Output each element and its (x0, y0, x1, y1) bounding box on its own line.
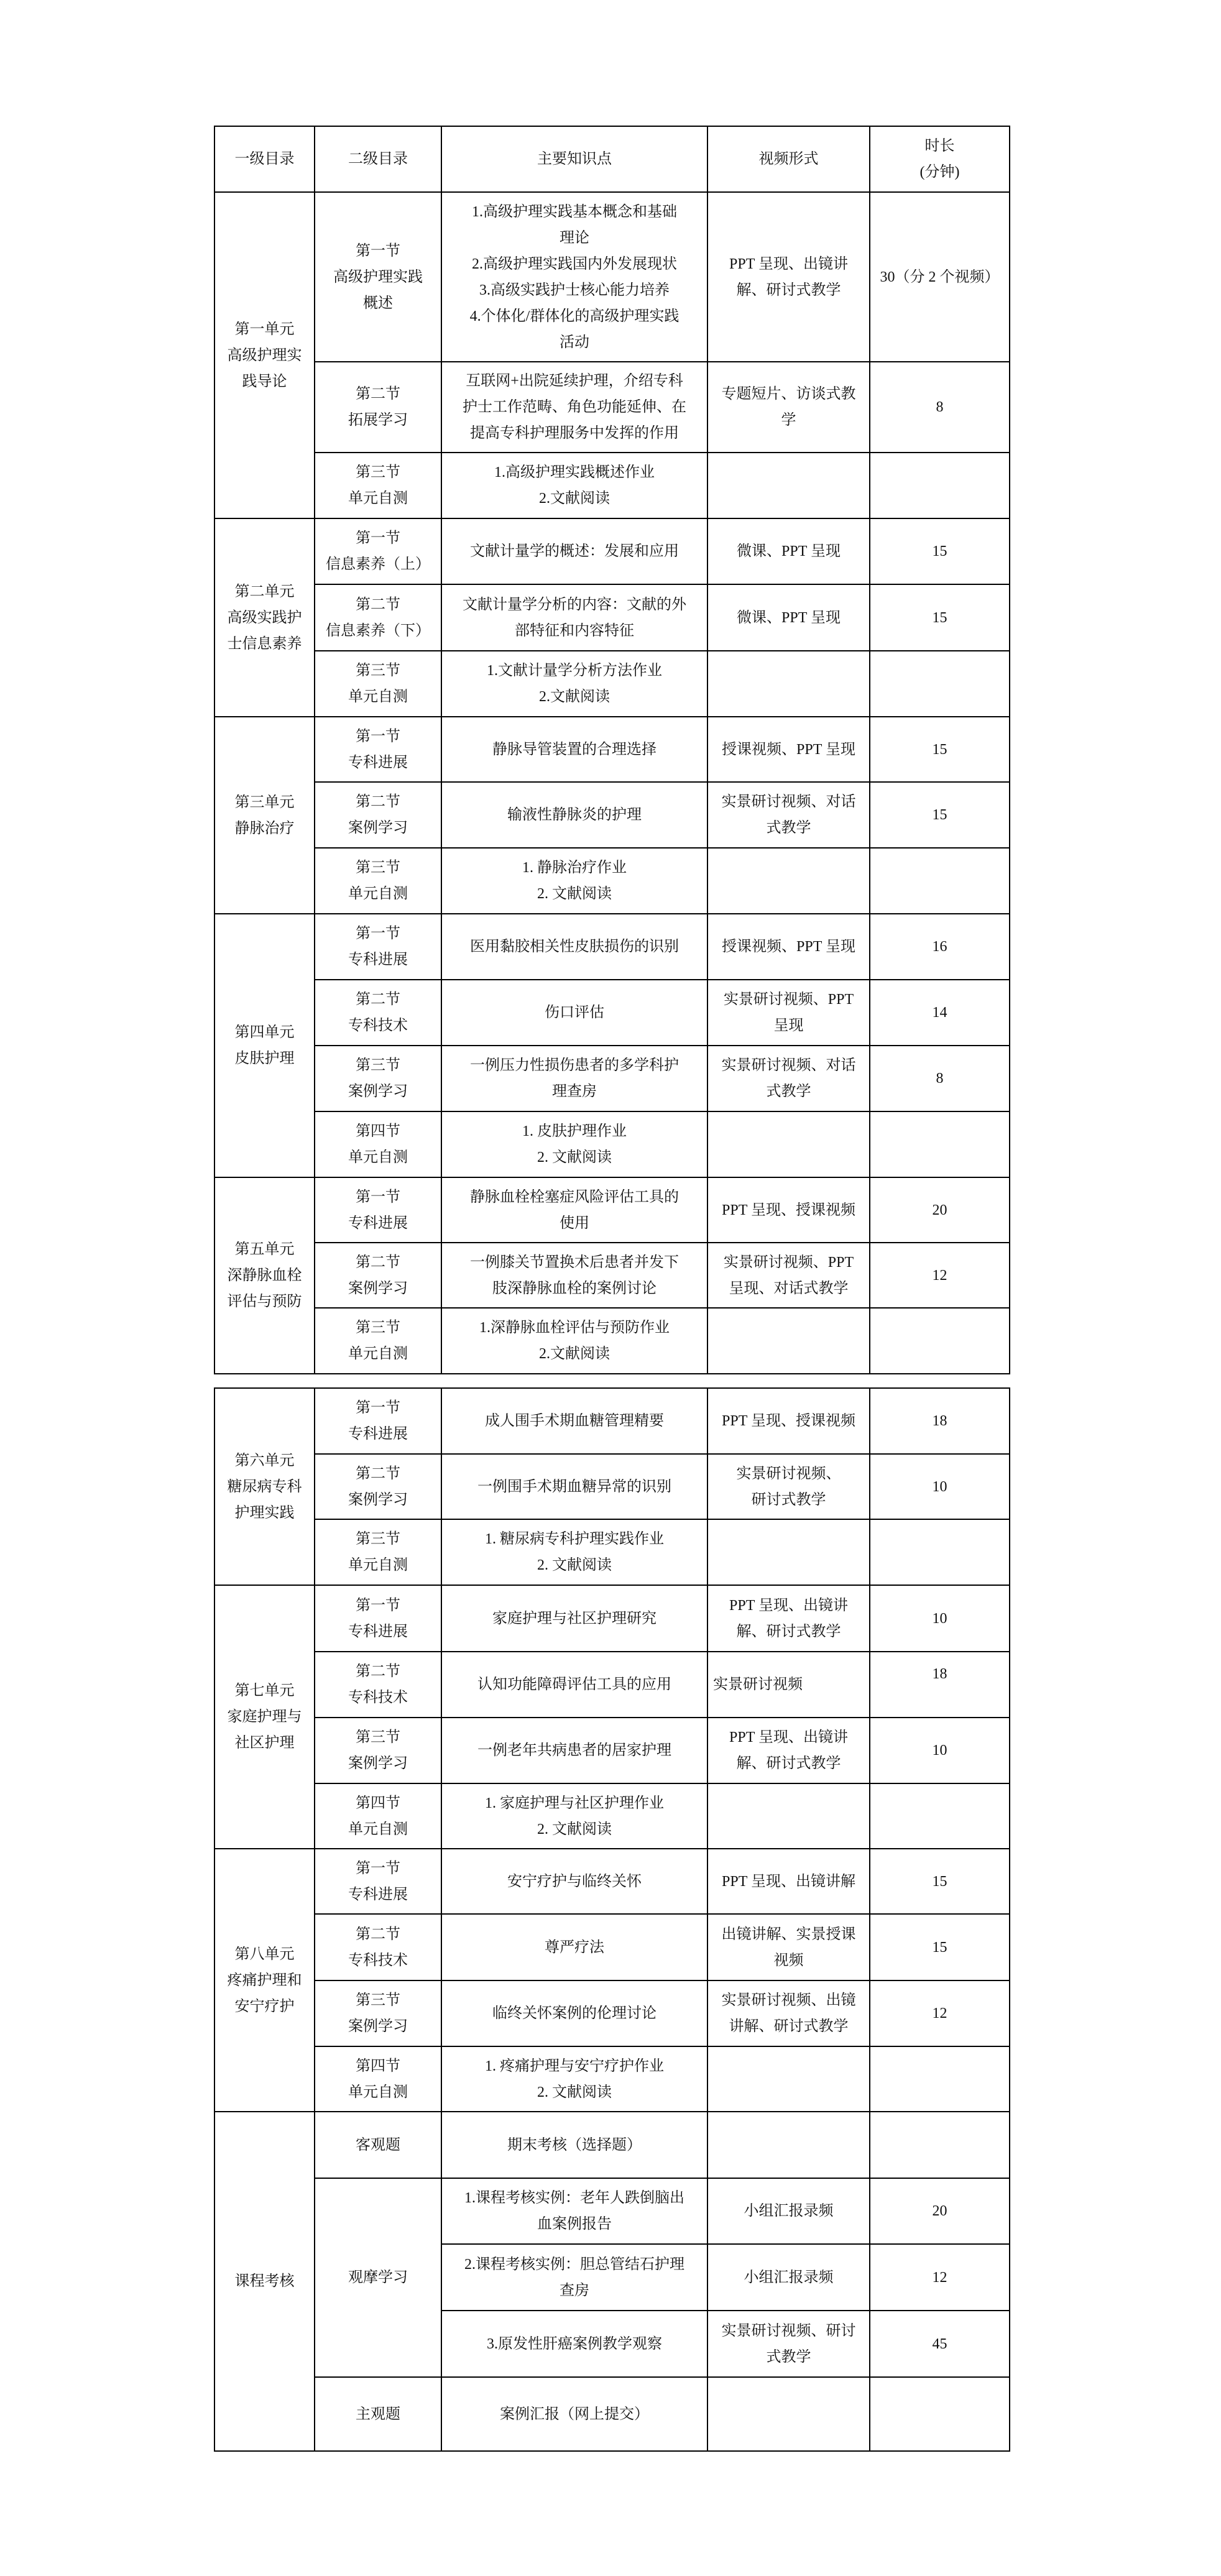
cell-text-line: PPT 呈现、授课视频 (713, 1197, 864, 1223)
section-duration (870, 1519, 1010, 1585)
section-title: 第三节单元自测 (315, 1519, 441, 1585)
section-topics: 家庭护理与社区护理研究 (441, 1585, 707, 1652)
cell-text-line: 糖尿病专科 (220, 1474, 309, 1500)
section-title: 第三节单元自测 (315, 651, 441, 717)
cell-text-line: 互联网+出院延续护理，介绍专科 (447, 368, 702, 394)
cell-text-line: 时长 (875, 133, 1004, 159)
unit-5-name: 第五单元深静脉血栓评估与预防 (214, 1177, 315, 1374)
cell-text-line: 案例学习 (320, 1079, 436, 1105)
cell-text-line: 第四节 (320, 2053, 436, 2079)
section-duration: 16 (870, 914, 1010, 980)
cell-text-line: PPT 呈现、出镜讲 (713, 1593, 864, 1619)
cell-text-line: 实景研讨视频、 (713, 1461, 864, 1487)
cell-text-line: 第一节 (320, 1856, 436, 1882)
cell-text-line: 小组汇报录频 (713, 2265, 864, 2291)
table-row: 第六单元糖尿病专科护理实践 第一节专科进展 成人围手术期血糖管理精要 PPT 呈… (214, 1388, 1010, 1454)
section-topics: 尊严疗法 (441, 1914, 707, 1980)
cell-text-line: 第三节 (320, 1315, 436, 1341)
cell-text-line: 疼痛护理和 (220, 1967, 309, 1994)
section-title: 第一节专科进展 (315, 1177, 441, 1243)
cell-text-line: 部特征和内容特征 (447, 618, 702, 644)
cell-text-line: 1.高级护理实践基本概念和基础 (447, 199, 702, 225)
cell-text-line: 2. 文献阅读 (447, 1552, 702, 1578)
section-duration: 15 (870, 518, 1010, 584)
table-row: 第二单元高级实践护士信息素养 第一节信息素养（上） 文献计量学的概述：发展和应用… (214, 518, 1010, 584)
table-row: 课程考核 客观题 期末考核（选择题） (214, 2112, 1010, 2178)
cell-text-line: 实景研讨视频 (713, 1672, 864, 1698)
cell-text-line: 2.高级护理实践国内外发展现状 (447, 251, 702, 277)
cell-text-line: 2.课程考核实例：胆总管结石护理 (447, 2252, 702, 2278)
cell-text-line: 一例压力性损伤患者的多学科护 (447, 1052, 702, 1079)
section-title: 第一节高级护理实践概述 (315, 192, 441, 362)
cell-text-line: 第二节 (320, 1249, 436, 1276)
table-row: 第二节专科技术 认知功能障碍评估工具的应用 实景研讨视频 18 (214, 1652, 1010, 1718)
cell-text-line: 查房 (447, 2278, 702, 2304)
subjective-topic: 案例汇报（网上提交） (441, 2377, 707, 2451)
table-row: 第二节专科技术 伤口评估 实景研讨视频、PPT呈现 14 (214, 980, 1010, 1046)
cell-text-line: 专科进展 (320, 947, 436, 973)
section-duration: 14 (870, 980, 1010, 1046)
section-duration: 10 (870, 1585, 1010, 1652)
cell-text-line: 伤口评估 (447, 1000, 702, 1026)
cell-text-line: 一例围手术期血糖异常的识别 (447, 1474, 702, 1500)
section-video-form: PPT 呈现、授课视频 (707, 1177, 870, 1243)
section-title: 第一节专科进展 (315, 1849, 441, 1914)
cell-text-line: 专科进展 (320, 1619, 436, 1645)
table-row: 第四节单元自测 1. 皮肤护理作业2. 文献阅读 (214, 1111, 1010, 1177)
section-duration (870, 453, 1010, 518)
header-topics: 主要知识点 (441, 126, 707, 192)
table-row: 第二节案例学习 一例膝关节置换术后患者并发下肢深静脉血栓的案例讨论 实景研讨视频… (214, 1243, 1010, 1308)
cell-text-line: 概述 (320, 290, 436, 316)
table-row: 第四节单元自测 1. 家庭护理与社区护理作业2. 文献阅读 (214, 1783, 1010, 1849)
section-video-form: 实景研讨视频、对话式教学 (707, 1046, 870, 1111)
section-duration: 8 (870, 1046, 1010, 1111)
section-duration: 20 (870, 2178, 1010, 2244)
cell-text-line: 第三节 (320, 1987, 436, 2013)
section-title: 第二节拓展学习 (315, 362, 441, 453)
cell-text-line: 一例老年共病患者的居家护理 (447, 1737, 702, 1764)
section-video-form: PPT 呈现、授课视频 (707, 1388, 870, 1454)
cell-text-line: 第二单元 (220, 579, 309, 605)
cell-text-line: 2.文献阅读 (447, 1341, 702, 1367)
cell-text-line: PPT 呈现、授课视频 (713, 1408, 864, 1434)
cell-text-line: 第一单元 (220, 316, 309, 343)
assessment-name: 课程考核 (214, 2112, 315, 2451)
cell-text-line: 高级实践护 (220, 605, 309, 631)
cell-text-line: 单元自测 (320, 684, 436, 710)
section-title: 第四节单元自测 (315, 1783, 441, 1849)
cell-text-line: 文献计量学分析的内容：文献的外 (447, 592, 702, 618)
section-video-form (707, 1519, 870, 1585)
table-row: 第三节单元自测 1.高级护理实践概述作业2.文献阅读 (214, 453, 1010, 518)
section-duration: 10 (870, 1454, 1010, 1519)
cell-text-line: 单元自测 (320, 485, 436, 512)
table-row: 第二节信息素养（下） 文献计量学分析的内容：文献的外部特征和内容特征 微课、PP… (214, 584, 1010, 651)
cell-text-line: 第三节 (320, 1724, 436, 1750)
cell-text-line: 出镜讲解、实景授课 (713, 1921, 864, 1948)
cell-text-line: 活动 (447, 329, 702, 356)
section-duration: 15 (870, 1849, 1010, 1914)
cell-text-line: 安宁疗护与临终关怀 (447, 1869, 702, 1895)
section-video-form: 微课、PPT 呈现 (707, 584, 870, 651)
cell-text-line: 拓展学习 (320, 407, 436, 433)
cell-text-line: 第二节 (320, 1658, 436, 1685)
section-video-form: 实景研讨视频 (707, 1652, 870, 1718)
section-video-form (707, 453, 870, 518)
cell-text-line: 解、研讨式教学 (713, 277, 864, 303)
header-video-form: 视频形式 (707, 126, 870, 192)
cell-text-line: 单元自测 (320, 1552, 436, 1578)
section-video-form: PPT 呈现、出镜讲解、研讨式教学 (707, 192, 870, 362)
cell-text-line: 静脉治疗 (220, 816, 309, 842)
table-row: 第三节案例学习 一例压力性损伤患者的多学科护理查房 实景研讨视频、对话式教学 8 (214, 1046, 1010, 1111)
cell-text-line: 认知功能障碍评估工具的应用 (447, 1672, 702, 1698)
section-topics: 1.高级护理实践概述作业2.文献阅读 (441, 453, 707, 518)
unit-7-name: 第七单元家庭护理与社区护理 (214, 1585, 315, 1849)
section-video-form: 出镜讲解、实景授课视频 (707, 1914, 870, 1980)
cell-text-line: 1.文献计量学分析方法作业 (447, 658, 702, 684)
cell-text-line: 践导论 (220, 369, 309, 395)
section-video-form: 实景研讨视频、PPT呈现 (707, 980, 870, 1046)
table-row: 第一单元高级护理实践导论 第一节高级护理实践概述 1.高级护理实践基本概念和基础… (214, 192, 1010, 362)
section-video-form (707, 651, 870, 717)
cell-text-line: 家庭护理与社区护理研究 (447, 1606, 702, 1632)
cell-text-line: 2.文献阅读 (447, 684, 702, 710)
section-title: 第一节专科进展 (315, 1388, 441, 1454)
header-row: 一级目录 二级目录 主要知识点 视频形式 时长(分钟) (214, 126, 1010, 192)
cell-text-line: 1.深静脉血栓评估与预防作业 (447, 1315, 702, 1341)
section-title: 第二节案例学习 (315, 1454, 441, 1519)
cell-text-line: 第七单元 (220, 1678, 309, 1704)
section-video-form: 专题短片、访谈式教学 (707, 362, 870, 453)
section-video-form (707, 2112, 870, 2178)
objective-title: 客观题 (315, 2112, 441, 2178)
cell-text-line: 实景研讨视频、PPT (713, 1249, 864, 1276)
table-row: 第四节单元自测 1. 疼痛护理与安宁疗护作业2. 文献阅读 (214, 2046, 1010, 2112)
objective-topic: 期末考核（选择题） (441, 2112, 707, 2178)
table-row: 第五单元深静脉血栓评估与预防 第一节专科进展 静脉血栓栓塞症风险评估工具的使用 … (214, 1177, 1010, 1243)
section-topics: 静脉导管装置的合理选择 (441, 717, 707, 782)
cell-text-line: 1. 静脉治疗作业 (447, 855, 702, 881)
cell-text-line: 静脉血栓栓塞症风险评估工具的 (447, 1184, 702, 1210)
section-topics: 文献计量学分析的内容：文献的外部特征和内容特征 (441, 584, 707, 651)
section-video-form: 小组汇报录频 (707, 2244, 870, 2311)
unit-1-name: 第一单元高级护理实践导论 (214, 192, 315, 518)
section-topics: 1.高级护理实践基本概念和基础理论2.高级护理实践国内外发展现状3.高级实践护士… (441, 192, 707, 362)
section-topics: 1. 糖尿病专科护理实践作业2. 文献阅读 (441, 1519, 707, 1585)
cell-text-line: 第六单元 (220, 1448, 309, 1474)
table-row: 第三单元静脉治疗 第一节专科进展 静脉导管装置的合理选择 授课视频、PPT 呈现… (214, 717, 1010, 782)
cell-text-line: 专科进展 (320, 1882, 436, 1908)
cell-text-line: 实景研讨视频、对话 (713, 789, 864, 815)
section-video-form: 实景研讨视频、研讨式教学 (707, 1454, 870, 1519)
cell-text-line: 解、研讨式教学 (713, 1750, 864, 1777)
section-topics: 静脉血栓栓塞症风险评估工具的使用 (441, 1177, 707, 1243)
section-topics: 3.原发性肝癌案例教学观察 (441, 2311, 707, 2377)
table-row: 第三节单元自测 1. 静脉治疗作业2. 文献阅读 (214, 848, 1010, 914)
table-row: 主观题 案例汇报（网上提交） (214, 2377, 1010, 2451)
table-row: 第三节案例学习 临终关怀案例的伦理讨论 实景研讨视频、出镜讲解、研讨式教学 12 (214, 1980, 1010, 2046)
cell-text-line: 专科进展 (320, 1210, 436, 1236)
table-row: 观摩学习 1.课程考核实例：老年人跌倒脑出血案例报告 小组汇报录频 20 (214, 2178, 1010, 2244)
cell-text-line: 1. 糖尿病专科护理实践作业 (447, 1526, 702, 1552)
cell-text-line: 第三节 (320, 855, 436, 881)
unit-4-name: 第四单元皮肤护理 (214, 914, 315, 1177)
cell-text-line: PPT 呈现、出镜讲解 (713, 1869, 864, 1895)
cell-text-line: 第二节 (320, 1921, 436, 1948)
section-duration (870, 848, 1010, 914)
cell-text-line: 第四节 (320, 1118, 436, 1144)
cell-text-line: 医用黏胶相关性皮肤损伤的识别 (447, 934, 702, 960)
section-topics: 2.课程考核实例：胆总管结石护理查房 (441, 2244, 707, 2311)
cell-text-line: 第一节 (320, 724, 436, 750)
cell-text-line: 评估与预防 (220, 1289, 309, 1315)
section-duration: 15 (870, 782, 1010, 848)
cell-text-line: 实景研讨视频、PPT (713, 987, 864, 1013)
section-title: 第四节单元自测 (315, 1111, 441, 1177)
cell-text-line: 单元自测 (320, 881, 436, 907)
table-row: 第二节拓展学习 互联网+出院延续护理，介绍专科护士工作范畴、角色功能延伸、在提高… (214, 362, 1010, 453)
cell-text-line: 微课、PPT 呈现 (713, 605, 864, 631)
cell-text-line: 第四节 (320, 1790, 436, 1816)
cell-text-line: 高级护理实 (220, 343, 309, 369)
section-video-form (707, 2377, 870, 2451)
section-video-form: PPT 呈现、出镜讲解、研讨式教学 (707, 1718, 870, 1783)
section-title: 第三节案例学习 (315, 1718, 441, 1783)
cell-text-line: 第三节 (320, 459, 436, 485)
section-video-form: PPT 呈现、出镜讲解、研讨式教学 (707, 1585, 870, 1652)
cell-text-line: 尊严疗法 (447, 1934, 702, 1961)
section-video-form (707, 2046, 870, 2112)
unit-8-name: 第八单元疼痛护理和安宁疗护 (214, 1849, 315, 2112)
cell-text-line: 实景研讨视频、出镜 (713, 1987, 864, 2013)
table-row: 第八单元疼痛护理和安宁疗护 第一节专科进展 安宁疗护与临终关怀 PPT 呈现、出… (214, 1849, 1010, 1914)
section-video-form (707, 1783, 870, 1849)
cell-text-line: 视频 (713, 1948, 864, 1974)
cell-text-line: 3.高级实践护士核心能力培养 (447, 277, 702, 303)
section-title: 第一节信息素养（上） (315, 518, 441, 584)
section-duration (870, 651, 1010, 717)
cell-text-line: 单元自测 (320, 2079, 436, 2105)
cell-text-line: 理论 (447, 225, 702, 251)
unit-2-name: 第二单元高级实践护士信息素养 (214, 518, 315, 717)
cell-text-line: 式教学 (713, 815, 864, 841)
cell-text-line: 实景研讨视频、研讨 (713, 2318, 864, 2344)
section-video-form: 实景研讨视频、出镜讲解、研讨式教学 (707, 1980, 870, 2046)
cell-text-line: 呈现 (713, 1013, 864, 1039)
section-topics: 1.文献计量学分析方法作业2.文献阅读 (441, 651, 707, 717)
section-title: 第二节信息素养（下） (315, 584, 441, 651)
section-title: 第二节专科技术 (315, 1914, 441, 1980)
cell-text-line: 第二节 (320, 592, 436, 618)
section-topics: 一例围手术期血糖异常的识别 (441, 1454, 707, 1519)
section-topics: 输液性静脉炎的护理 (441, 782, 707, 848)
cell-text-line: 第一节 (320, 1593, 436, 1619)
cell-text-line: 第二节 (320, 789, 436, 815)
section-title: 第二节案例学习 (315, 1243, 441, 1308)
section-topics: 互联网+出院延续护理，介绍专科护士工作范畴、角色功能延伸、在提高专科护理服务中发… (441, 362, 707, 453)
cell-text-line: 授课视频、PPT 呈现 (713, 737, 864, 763)
header-level2: 二级目录 (315, 126, 441, 192)
section-duration (870, 1111, 1010, 1177)
cell-text-line: 2.文献阅读 (447, 485, 702, 512)
section-video-form: 实景研讨视频、研讨式教学 (707, 2311, 870, 2377)
section-video-form: 实景研讨视频、PPT呈现、对话式教学 (707, 1243, 870, 1308)
table-row: 第四单元皮肤护理 第一节专科进展 医用黏胶相关性皮肤损伤的识别 授课视频、PPT… (214, 914, 1010, 980)
cell-text-line: 第一节 (320, 1395, 436, 1421)
cell-text-line: 式教学 (713, 1079, 864, 1105)
cell-text-line: 1.课程考核实例：老年人跌倒脑出 (447, 2185, 702, 2211)
cell-text-line: 1. 家庭护理与社区护理作业 (447, 1790, 702, 1816)
cell-text-line: 专科进展 (320, 750, 436, 776)
cell-text-line: 第八单元 (220, 1941, 309, 1967)
section-duration: 15 (870, 584, 1010, 651)
cell-text-line: 第一节 (320, 525, 436, 551)
cell-text-line: 第三节 (320, 1052, 436, 1079)
cell-text-line: 第五单元 (220, 1236, 309, 1263)
subjective-title: 主观题 (315, 2377, 441, 2451)
section-video-form: PPT 呈现、出镜讲解 (707, 1849, 870, 1914)
cell-text-line: 肢深静脉血栓的案例讨论 (447, 1276, 702, 1302)
cell-text-line: 微课、PPT 呈现 (713, 538, 864, 564)
section-duration (870, 2377, 1010, 2451)
section-topics: 1. 静脉治疗作业2. 文献阅读 (441, 848, 707, 914)
cell-text-line: 士信息素养 (220, 631, 309, 657)
cell-text-line: 案例学习 (320, 2013, 436, 2040)
cell-text-line: 授课视频、PPT 呈现 (713, 934, 864, 960)
section-duration: 15 (870, 1914, 1010, 1980)
section-video-form: 授课视频、PPT 呈现 (707, 717, 870, 782)
section-duration: 12 (870, 2244, 1010, 2311)
cell-text-line: 2. 文献阅读 (447, 1816, 702, 1842)
cell-text-line: 案例学习 (320, 1276, 436, 1302)
cell-text-line: 呈现、对话式教学 (713, 1276, 864, 1302)
cell-text-line: 信息素养（上） (320, 551, 436, 577)
section-topics: 一例老年共病患者的居家护理 (441, 1718, 707, 1783)
section-topics: 临终关怀案例的伦理讨论 (441, 1980, 707, 2046)
cell-text-line: 深静脉血栓 (220, 1263, 309, 1289)
section-topics: 一例膝关节置换术后患者并发下肢深静脉血栓的案例讨论 (441, 1243, 707, 1308)
section-topics: 一例压力性损伤患者的多学科护理查房 (441, 1046, 707, 1111)
section-video-form (707, 1308, 870, 1374)
section-title: 第三节单元自测 (315, 1308, 441, 1374)
cell-text-line: 4.个体化/群体化的高级护理实践 (447, 303, 702, 329)
cell-text-line: 学 (713, 407, 864, 433)
table-row: 第三节单元自测 1. 糖尿病专科护理实践作业2. 文献阅读 (214, 1519, 1010, 1585)
cell-text-line: 第一节 (320, 921, 436, 947)
cell-text-line: 第一节 (320, 1184, 436, 1210)
section-duration: 10 (870, 1718, 1010, 1783)
header-duration: 时长(分钟) (870, 126, 1010, 192)
section-video-form: 实景研讨视频、对话式教学 (707, 782, 870, 848)
table-row: 第三节案例学习 一例老年共病患者的居家护理 PPT 呈现、出镜讲解、研讨式教学 … (214, 1718, 1010, 1783)
section-title: 第一节专科进展 (315, 1585, 441, 1652)
section-topics: 医用黏胶相关性皮肤损伤的识别 (441, 914, 707, 980)
course-table-part2: 第六单元糖尿病专科护理实践 第一节专科进展 成人围手术期血糖管理精要 PPT 呈… (214, 1387, 1010, 2452)
section-duration (870, 1783, 1010, 1849)
cell-text-line: 临终关怀案例的伦理讨论 (447, 2000, 702, 2026)
cell-text-line: 一例膝关节置换术后患者并发下 (447, 1249, 702, 1276)
section-topics: 认知功能障碍评估工具的应用 (441, 1652, 707, 1718)
cell-text-line: 血案例报告 (447, 2211, 702, 2237)
table-row: 第三节单元自测 1.深静脉血栓评估与预防作业2.文献阅读 (214, 1308, 1010, 1374)
section-duration: 12 (870, 1243, 1010, 1308)
section-video-form (707, 848, 870, 914)
section-duration: 20 (870, 1177, 1010, 1243)
section-title: 第四节单元自测 (315, 2046, 441, 2112)
cell-text-line: 第三节 (320, 1526, 436, 1552)
cell-text-line: 高级护理实践 (320, 264, 436, 290)
cell-text-line: 1. 疼痛护理与安宁疗护作业 (447, 2053, 702, 2079)
cell-text-line: 单元自测 (320, 1341, 436, 1367)
section-title: 第一节专科进展 (315, 914, 441, 980)
table-row: 第七单元家庭护理与社区护理 第一节专科进展 家庭护理与社区护理研究 PPT 呈现… (214, 1585, 1010, 1652)
section-video-form: 授课视频、PPT 呈现 (707, 914, 870, 980)
section-video-form (707, 1111, 870, 1177)
section-topics: 1.深静脉血栓评估与预防作业2.文献阅读 (441, 1308, 707, 1374)
section-duration (870, 2112, 1010, 2178)
section-duration: 12 (870, 1980, 1010, 2046)
cell-text-line: 安宁疗护 (220, 1994, 309, 2020)
table-row: 第二节案例学习 一例围手术期血糖异常的识别 实景研讨视频、研讨式教学 10 (214, 1454, 1010, 1519)
section-duration (870, 1308, 1010, 1374)
section-duration: 18 (870, 1388, 1010, 1454)
cell-text-line: 第三节 (320, 658, 436, 684)
cell-text-line: 信息素养（下） (320, 618, 436, 644)
cell-text-line: PPT 呈现、出镜讲 (713, 251, 864, 277)
cell-text-line: (分钟) (875, 159, 1004, 185)
cell-text-line: 小组汇报录频 (713, 2198, 864, 2224)
section-title: 第一节专科进展 (315, 717, 441, 782)
table-row: 第二节专科技术 尊严疗法 出镜讲解、实景授课视频 15 (214, 1914, 1010, 1980)
cell-text-line: 解、研讨式教学 (713, 1619, 864, 1645)
cell-text-line: 护理实践 (220, 1500, 309, 1526)
section-title: 第三节单元自测 (315, 453, 441, 518)
cell-text-line: 使用 (447, 1210, 702, 1236)
course-table-part1: 一级目录 二级目录 主要知识点 视频形式 时长(分钟) 第一单元高级护理实践导论… (214, 126, 1010, 1374)
cell-text-line: 成人围手术期血糖管理精要 (447, 1408, 702, 1434)
cell-text-line: PPT 呈现、出镜讲 (713, 1724, 864, 1750)
section-duration: 45 (870, 2311, 1010, 2377)
cell-text-line: 皮肤护理 (220, 1046, 309, 1072)
section-video-form: 小组汇报录频 (707, 2178, 870, 2244)
section-topics: 文献计量学的概述：发展和应用 (441, 518, 707, 584)
cell-text-line: 第三单元 (220, 789, 309, 816)
cell-text-line: 3.原发性肝癌案例教学观察 (447, 2331, 702, 2357)
section-topics: 成人围手术期血糖管理精要 (441, 1388, 707, 1454)
cell-text-line: 提高专科护理服务中发挥的作用 (447, 420, 702, 446)
cell-text-line: 2. 文献阅读 (447, 2079, 702, 2105)
cell-text-line: 1. 皮肤护理作业 (447, 1118, 702, 1144)
unit-3-name: 第三单元静脉治疗 (214, 717, 315, 914)
cell-text-line: 专科技术 (320, 1013, 436, 1039)
cell-text-line: 研讨式教学 (713, 1487, 864, 1513)
cell-text-line: 护士工作范畴、角色功能延伸、在 (447, 394, 702, 420)
section-topics: 1.课程考核实例：老年人跌倒脑出血案例报告 (441, 2178, 707, 2244)
section-topics: 1. 疼痛护理与安宁疗护作业2. 文献阅读 (441, 2046, 707, 2112)
cell-text-line: 第二节 (320, 381, 436, 407)
cell-text-line: 静脉导管装置的合理选择 (447, 737, 702, 763)
cell-text-line: 案例学习 (320, 1750, 436, 1777)
cell-text-line: 专科技术 (320, 1948, 436, 1974)
cell-text-line: 单元自测 (320, 1144, 436, 1171)
section-topics: 安宁疗护与临终关怀 (441, 1849, 707, 1914)
cell-text-line: 2. 文献阅读 (447, 881, 702, 907)
table-row: 第三节单元自测 1.文献计量学分析方法作业2.文献阅读 (214, 651, 1010, 717)
section-title: 第三节单元自测 (315, 848, 441, 914)
section-video-form: 微课、PPT 呈现 (707, 518, 870, 584)
